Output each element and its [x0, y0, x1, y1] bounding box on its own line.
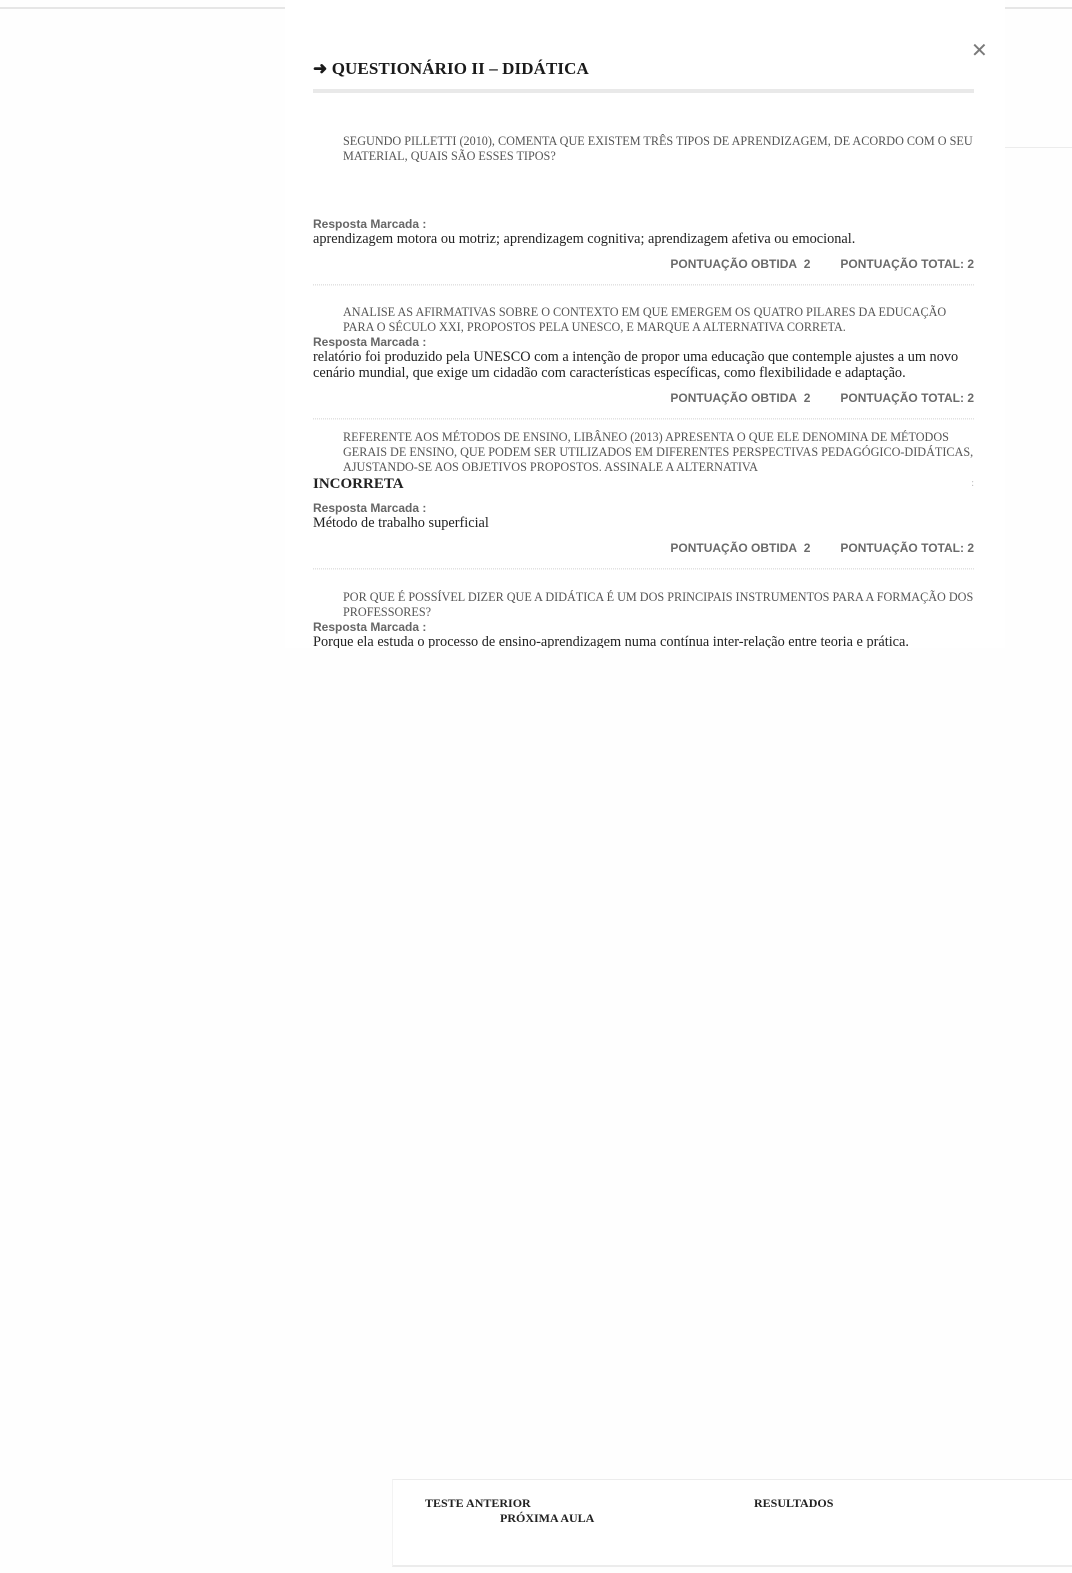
question-divider	[313, 418, 974, 420]
title-divider	[313, 89, 974, 93]
side-divider-right	[1005, 147, 1072, 148]
question-text: SEGUNDO PILLETTI (2010), COMENTA QUE EXI…	[313, 134, 974, 164]
score-obtained: PONTUAÇÃO OBTIDA 2	[670, 391, 810, 405]
answer-text: relatório foi produzido pela UNESCO com …	[313, 349, 974, 381]
question-text: ANALISE AS AFIRMATIVAS SOBRE O CONTEXTO …	[313, 305, 974, 335]
arrow-right-icon: ➜	[313, 59, 327, 78]
page-top-divider-left	[0, 7, 285, 9]
close-icon[interactable]: ✕	[971, 38, 988, 62]
score-row: PONTUAÇÃO OBTIDA 2 PONTUAÇÃO TOTAL: 2	[313, 257, 974, 271]
score-total: PONTUAÇÃO TOTAL: 2	[840, 541, 974, 555]
score-row: PONTUAÇÃO OBTIDA 2 PONTUAÇÃO TOTAL: 2	[313, 541, 974, 555]
question-emphasis: INCORRETA :	[313, 475, 974, 493]
question-item: ANALISE AS AFIRMATIVAS SOBRE O CONTEXTO …	[313, 305, 974, 420]
question-divider	[313, 284, 974, 286]
next-lesson-link[interactable]: PRÓXIMA AULA	[500, 1511, 594, 1526]
footer-nav: TESTE ANTERIOR PRÓXIMA AULA RESULTADOS	[392, 1479, 1072, 1567]
answer-text: Método de trabalho superficial	[313, 515, 974, 531]
score-row: PONTUAÇÃO OBTIDA 2 PONTUAÇÃO TOTAL: 2	[313, 391, 974, 405]
results-link[interactable]: RESULTADOS	[754, 1496, 833, 1511]
question-item: REFERENTE AOS MÉTODOS DE ENSINO, LIBÂNEO…	[313, 430, 974, 570]
question-text: POR QUE É POSSÍVEL DIZER QUE A DIDÁTICA …	[313, 590, 974, 620]
question-divider	[313, 568, 974, 570]
answer-label: Resposta Marcada :	[313, 217, 974, 231]
question-item: POR QUE É POSSÍVEL DIZER QUE A DIDÁTICA …	[313, 590, 974, 648]
answer-text: aprendizagem motora ou motriz; aprendiza…	[313, 231, 974, 247]
answer-text: Porque ela estuda o processo de ensino-a…	[313, 634, 974, 648]
modal-title: ➜ QUESTIONÁRIO II – DIDÁTICA	[313, 59, 589, 79]
questionnaire-modal: ✕ ➜ QUESTIONÁRIO II – DIDÁTICA SEGUNDO P…	[285, 0, 1005, 648]
score-total: PONTUAÇÃO TOTAL: 2	[840, 391, 974, 405]
answer-label: Resposta Marcada :	[313, 335, 974, 349]
page-top-divider-right	[1005, 7, 1072, 9]
score-total: PONTUAÇÃO TOTAL: 2	[840, 257, 974, 271]
score-obtained: PONTUAÇÃO OBTIDA 2	[670, 541, 810, 555]
question-text: REFERENTE AOS MÉTODOS DE ENSINO, LIBÂNEO…	[313, 430, 974, 475]
modal-title-text: QUESTIONÁRIO II – DIDÁTICA	[332, 59, 589, 78]
answer-label: Resposta Marcada :	[313, 501, 974, 515]
score-obtained: PONTUAÇÃO OBTIDA 2	[670, 257, 810, 271]
previous-test-link[interactable]: TESTE ANTERIOR	[425, 1496, 531, 1511]
question-item: SEGUNDO PILLETTI (2010), COMENTA QUE EXI…	[313, 134, 974, 286]
answer-label: Resposta Marcada :	[313, 620, 974, 634]
